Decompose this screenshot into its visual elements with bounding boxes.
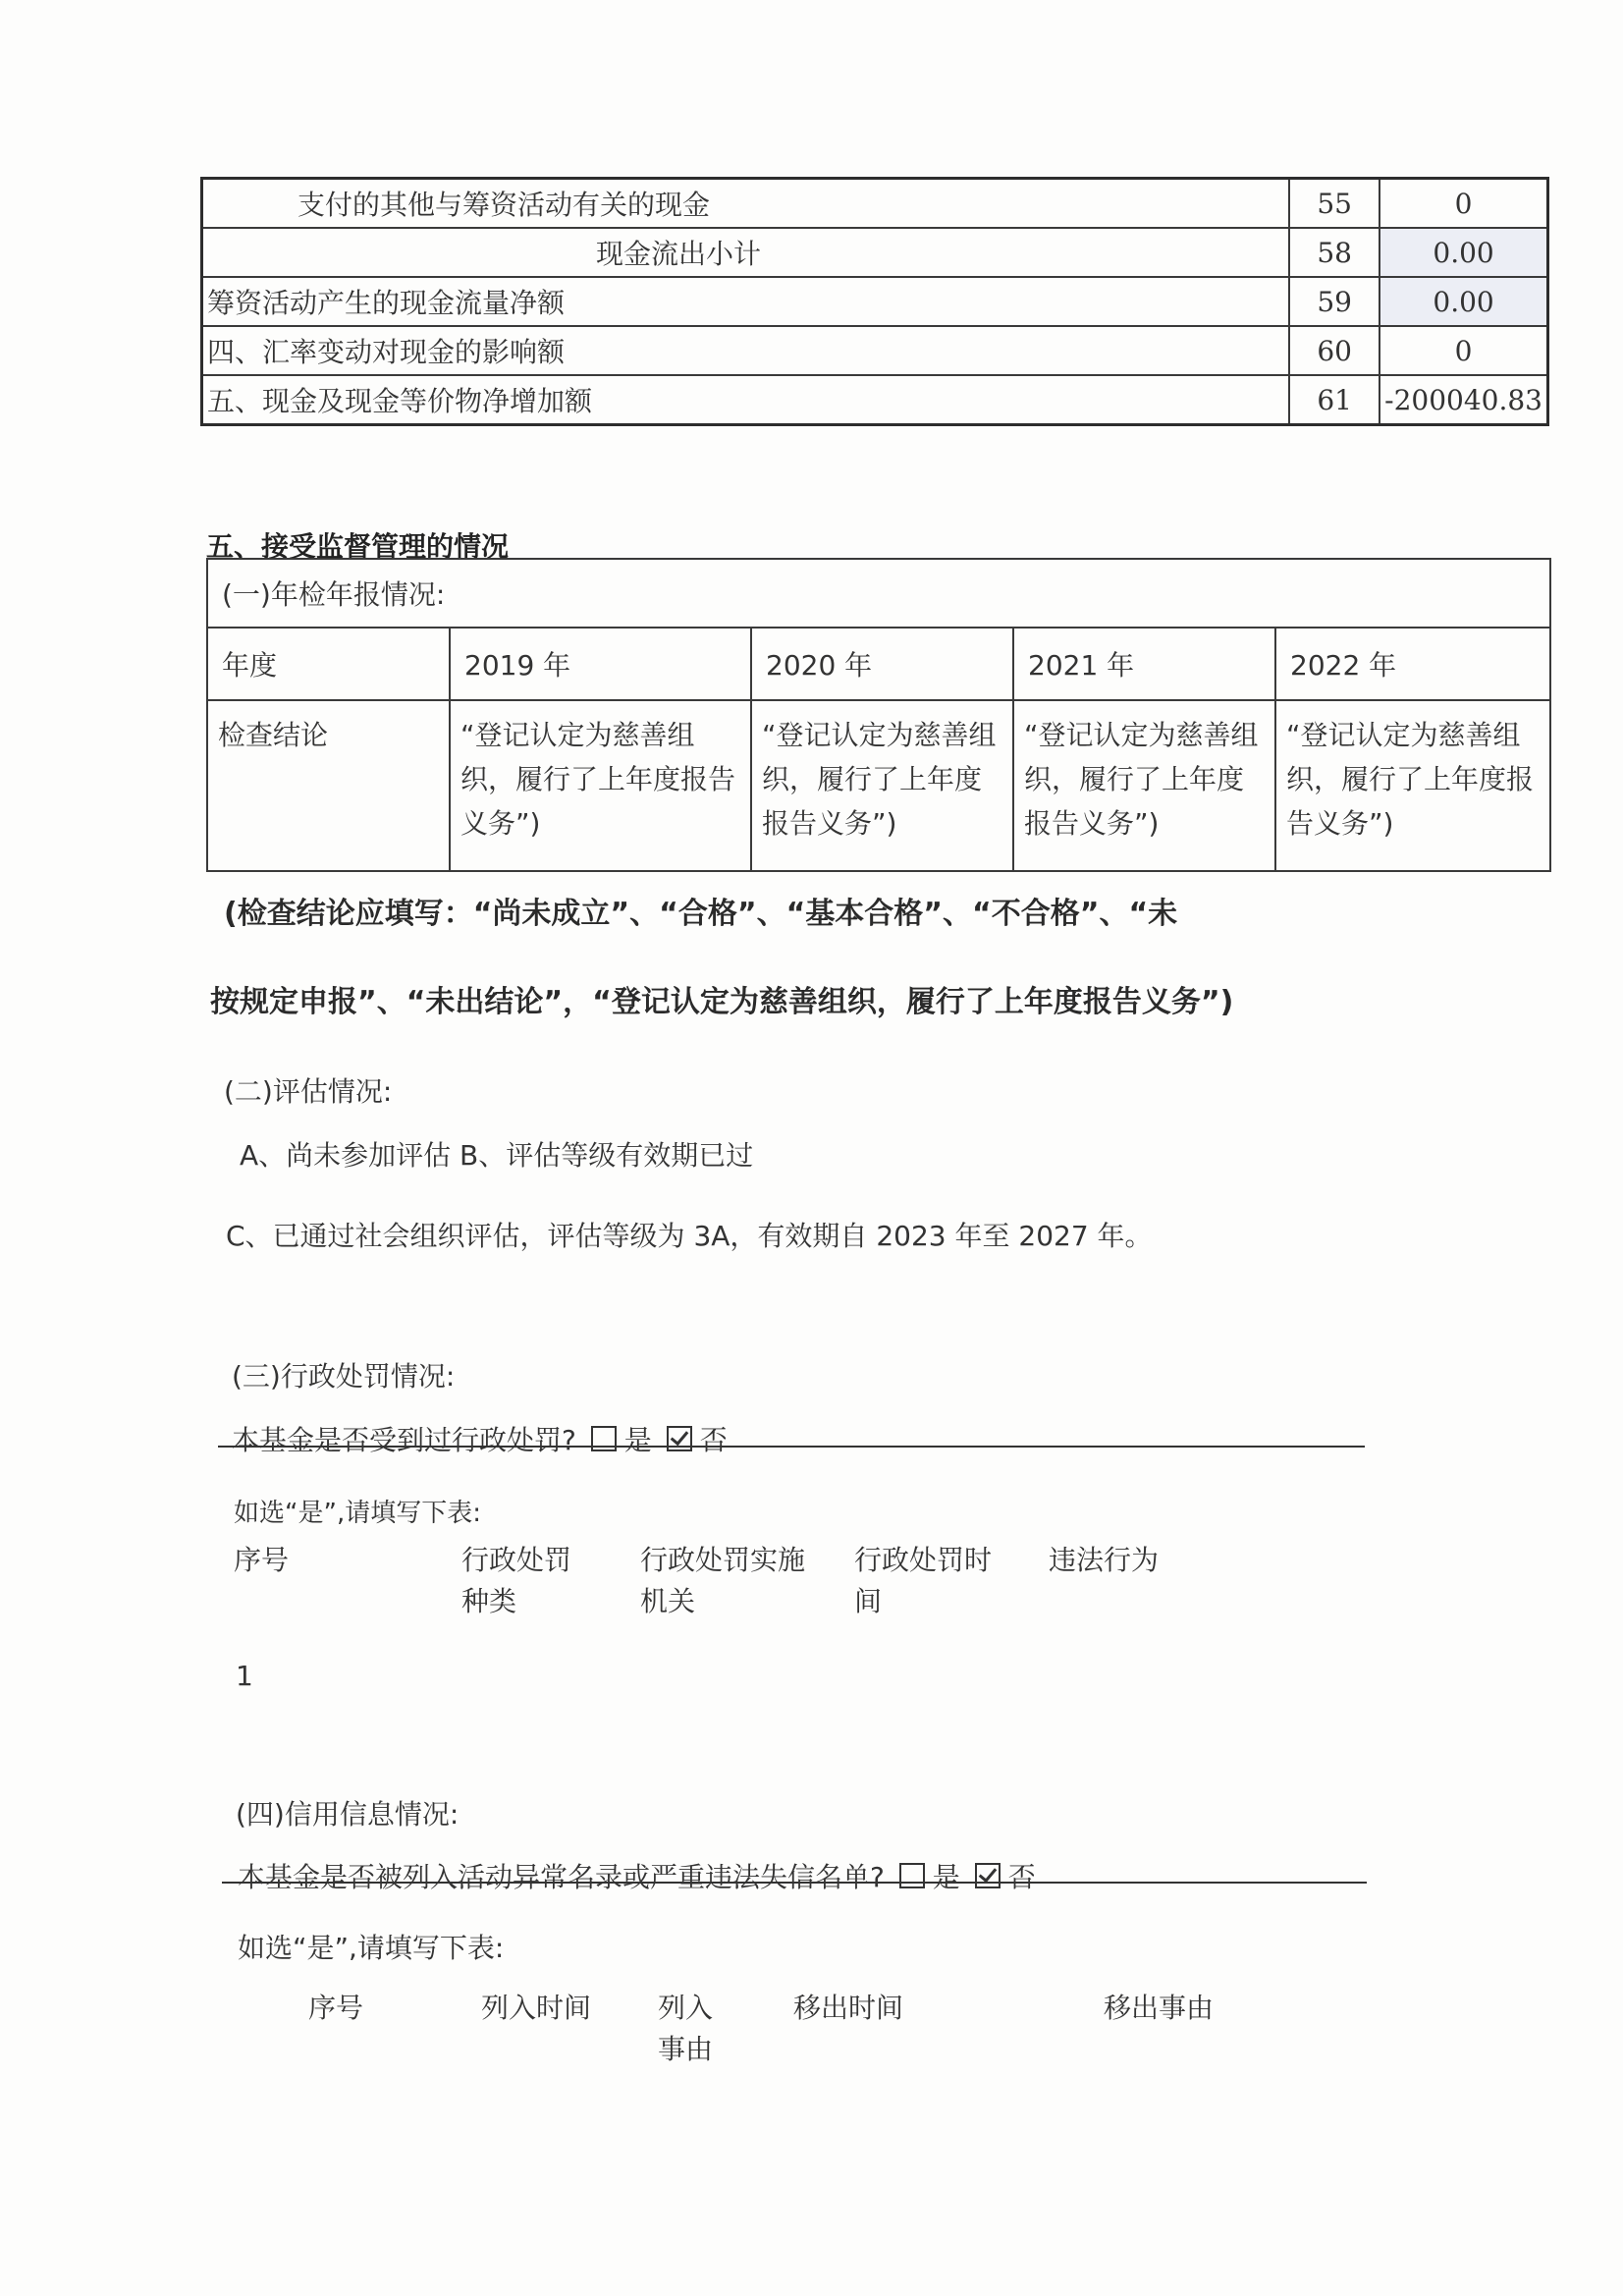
result-cell: “登记认定为慈善组织，履行了上年度报告义务”) (1013, 700, 1275, 871)
year-cell: 2022 年 (1275, 628, 1550, 700)
year-cell: 2021 年 (1013, 628, 1275, 700)
row-value: 0.00 (1380, 277, 1547, 326)
divider (222, 1882, 1367, 1884)
credit-title: (四)信用信息情况: (236, 1793, 459, 1832)
row-value: 0.00 (1380, 228, 1547, 277)
cash-flow-table: 支付的其他与筹资活动有关的现金 55 0 现金流出小计 58 0.00 筹资活动… (200, 177, 1549, 426)
penalty-yes-checkbox[interactable] (591, 1426, 617, 1451)
credit-no-checkbox[interactable] (975, 1863, 1001, 1888)
penalty-question-line: 本基金是否受到过行政处罚? 是 否 (232, 1419, 728, 1458)
penalty-col-header: 行政处罚时 间 (854, 1540, 992, 1622)
result-cell: “登记认定为慈善组织，履行了上年度报告义务”) (751, 700, 1013, 871)
row-label: 五、现金及现金等价物净增加额 (202, 375, 1290, 425)
penalty-question: 本基金是否受到过行政处罚? (232, 1424, 576, 1456)
year-row: 年度 2019 年 2020 年 2021 年 2022 年 (207, 628, 1550, 700)
credit-col-header: 列入时间 (481, 1988, 591, 2029)
row-label: 筹资活动产生的现金流量净额 (202, 277, 1290, 326)
line-number: 59 (1289, 277, 1380, 326)
credit-col-header: 序号 (308, 1988, 363, 2029)
penalty-yes-label: 是 (624, 1424, 652, 1456)
row-value: -200040.83 (1380, 375, 1547, 425)
row-label: 支付的其他与筹资活动有关的现金 (202, 179, 1290, 229)
year-cell: 2020 年 (751, 628, 1013, 700)
result-header: 检查结论 (207, 700, 450, 871)
table-row: 筹资活动产生的现金流量净额 59 0.00 (202, 277, 1548, 326)
line-number: 61 (1289, 375, 1380, 425)
penalty-col-header: 违法行为 (1049, 1540, 1159, 1581)
row-label: 现金流出小计 (202, 228, 1290, 277)
table-row: 现金流出小计 58 0.00 (202, 228, 1548, 277)
row-value: 0 (1380, 179, 1547, 229)
line-number: 55 (1289, 179, 1380, 229)
result-row: 检查结论 “登记认定为慈善组织，履行了上年度报告义务”) “登记认定为慈善组织，… (207, 700, 1550, 871)
year-cell: 2019 年 (450, 628, 751, 700)
annual-check-table: (一)年检年报情况: 年度 2019 年 2020 年 2021 年 2022 … (206, 558, 1551, 872)
credit-col-header: 移出事由 (1104, 1988, 1214, 2029)
line-number: 60 (1289, 326, 1380, 375)
result-cell: “登记认定为慈善组织，履行了上年度报告义务”) (1275, 700, 1550, 871)
row-label: 四、汇率变动对现金的影响额 (202, 326, 1290, 375)
table-row: 五、现金及现金等价物净增加额 61 -200040.83 (202, 375, 1548, 425)
penalty-col-header: 行政处罚实施 机关 (640, 1540, 805, 1622)
penalty-title: (三)行政处罚情况: (232, 1355, 455, 1394)
penalty-no-label: 否 (700, 1424, 728, 1456)
result-cell: “登记认定为慈善组织，履行了上年度报告义务”) (450, 700, 751, 871)
evaluation-option-c: C、已通过社会组织评估，评估等级为 3A，有效期自 2023 年至 2027 年… (226, 1215, 1153, 1254)
fill-instruction-line-1: (检查结论应填写：“尚未成立”、“合格”、“基本合格”、“不合格”、“未 (224, 889, 1177, 932)
fill-instruction-line-2: 按规定申报”、“未出结论”，“登记认定为慈善组织，履行了上年度报告义务”) (210, 977, 1233, 1020)
penalty-no-checkbox[interactable] (667, 1426, 692, 1451)
row-value: 0 (1380, 326, 1547, 375)
credit-col-header: 列入 事由 (658, 1988, 713, 2070)
year-header: 年度 (207, 628, 450, 700)
credit-col-header: 移出时间 (793, 1988, 903, 2029)
line-number: 58 (1289, 228, 1380, 277)
divider (218, 1446, 1365, 1448)
table-caption: (一)年检年报情况: (207, 559, 1550, 628)
evaluation-title: (二)评估情况: (224, 1070, 392, 1110)
penalty-row-number: 1 (236, 1660, 253, 1692)
credit-no-label: 否 (1008, 1861, 1036, 1893)
penalty-col-header: 序号 (234, 1540, 289, 1581)
credit-yes-label: 是 (933, 1861, 960, 1893)
credit-question: 本基金是否被列入活动异常名录或严重违法失信名单? (238, 1861, 885, 1893)
table-row: 四、汇率变动对现金的影响额 60 0 (202, 326, 1548, 375)
credit-yes-checkbox[interactable] (899, 1863, 925, 1888)
credit-question-line: 本基金是否被列入活动异常名录或严重违法失信名单? 是 否 (238, 1856, 1036, 1895)
evaluation-options-ab: A、尚未参加评估 B、评估等级有效期已过 (240, 1134, 753, 1174)
penalty-col-header: 行政处罚 种类 (461, 1540, 571, 1622)
credit-hint: 如选“是”,请填写下表: (238, 1927, 504, 1966)
penalty-hint: 如选“是”,请填写下表: (234, 1493, 481, 1529)
table-row: 支付的其他与筹资活动有关的现金 55 0 (202, 179, 1548, 229)
